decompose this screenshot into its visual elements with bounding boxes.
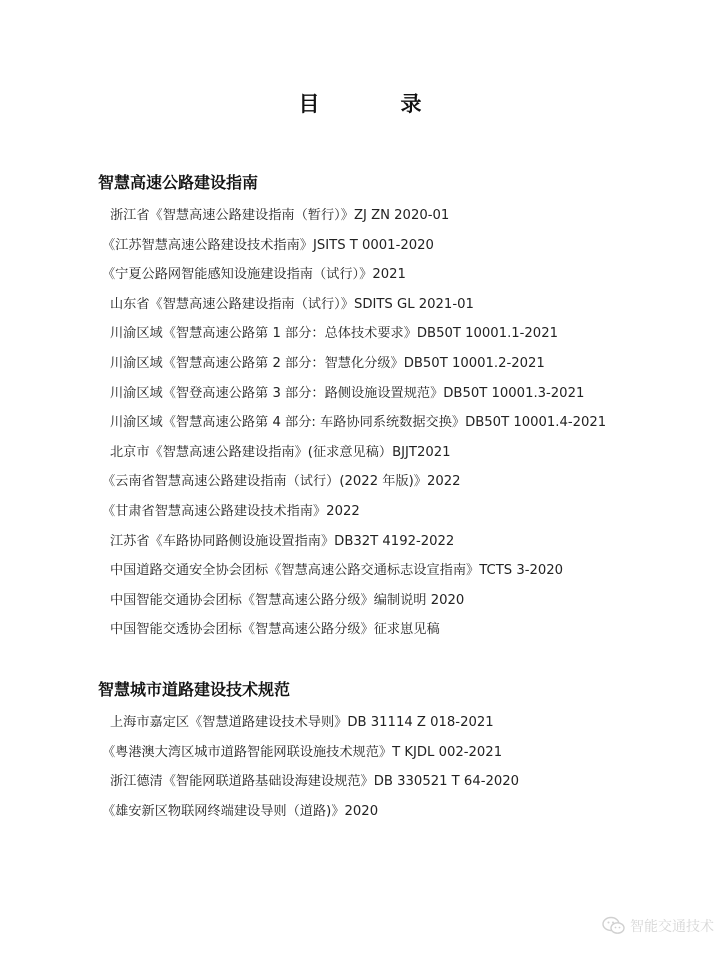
watermark-text: 智能交通技术 [630, 916, 714, 936]
toc-list: 浙江省《智慧高速公路建设指南（暂行）》ZJ ZN 2020-01 《江苏智慧高速… [98, 201, 698, 645]
toc-item[interactable]: 中国智能交通协会团标《智慧高速公路分级》编制说明 2020 [98, 586, 698, 616]
watermark: 智能交通技术 [602, 916, 714, 936]
toc-item[interactable]: 上海市嘉定区《智慧道路建设技术导则》DB 31114 Z 018-2021 [98, 708, 698, 738]
toc-item[interactable]: 《甘肃省智慧高速公路建设技术指南》2022 [98, 497, 698, 527]
toc-item[interactable]: 中国道路交通安全协会团标《智慧高速公路交通标志设宣指南》TCTS 3-2020 [98, 556, 698, 586]
toc-item[interactable]: 《江苏智慧高速公路建设技术指南》JSITS T 0001-2020 [98, 231, 698, 261]
toc-item[interactable]: 川渝区域《智登高速公路第 3 部分：路侧设施设置规范》DB50T 10001.3… [98, 379, 698, 409]
page-title: 目 录 [0, 88, 720, 118]
toc-item[interactable]: 北京市《智慧高速公路建设指南》(征求意见稿）BJJT2021 [98, 438, 698, 468]
toc-item[interactable]: 川渝区域《智慧高速公路第 4 部分: 车路协同系统数据交换》DB50T 1000… [98, 408, 698, 438]
toc-list: 上海市嘉定区《智慧道路建设技术导则》DB 31114 Z 018-2021 《粤… [98, 708, 698, 826]
toc-item[interactable]: 川渝区域《智慧高速公路第 2 部分：智慧化分级》DB50T 10001.2-20… [98, 349, 698, 379]
toc-item[interactable]: 浙江省《智慧高速公路建设指南（暂行）》ZJ ZN 2020-01 [98, 201, 698, 231]
toc-item[interactable]: 川渝区域《智慧高速公路第 1 部分：总体技术要求》DB50T 10001.1-2… [98, 319, 698, 349]
toc-item[interactable]: 《宁夏公路网智能感知设施建设指南（试行）》2021 [98, 260, 698, 290]
toc-item[interactable]: 《云南省智慧高速公路建设指南（试行）(2022 年版)》2022 [98, 467, 698, 497]
toc-item[interactable]: 山东省《智慧高速公路建设指南（试行）》SDITS GL 2021-01 [98, 290, 698, 320]
section-smart-city-road: 智慧城市道路建设技术规范 上海市嘉定区《智慧道路建设技术导则》DB 31114 … [98, 678, 698, 826]
section-heading: 智慧高速公路建设指南 [98, 171, 698, 195]
section-heading: 智慧城市道路建设技术规范 [98, 678, 698, 702]
wechat-icon [602, 916, 626, 936]
toc-item[interactable]: 浙江德清《智能网联道路基础设海建设规范》DB 330521 T 64-2020 [98, 767, 698, 797]
toc-item[interactable]: 《雄安新区物联网终端建设导则（道路)》2020 [98, 797, 698, 827]
toc-item[interactable]: 《粤港澳大湾区城市道路智能网联设施技术规范》T KJDL 002-2021 [98, 738, 698, 768]
toc-item[interactable]: 江苏省《车路协同路侧设施设置指南》DB32T 4192-2022 [98, 527, 698, 557]
section-smart-highway: 智慧高速公路建设指南 浙江省《智慧高速公路建设指南（暂行）》ZJ ZN 2020… [98, 171, 698, 645]
toc-item[interactable]: 中国智能交透协会团标《智慧高速公路分级》征求崽见稿 [98, 615, 698, 645]
